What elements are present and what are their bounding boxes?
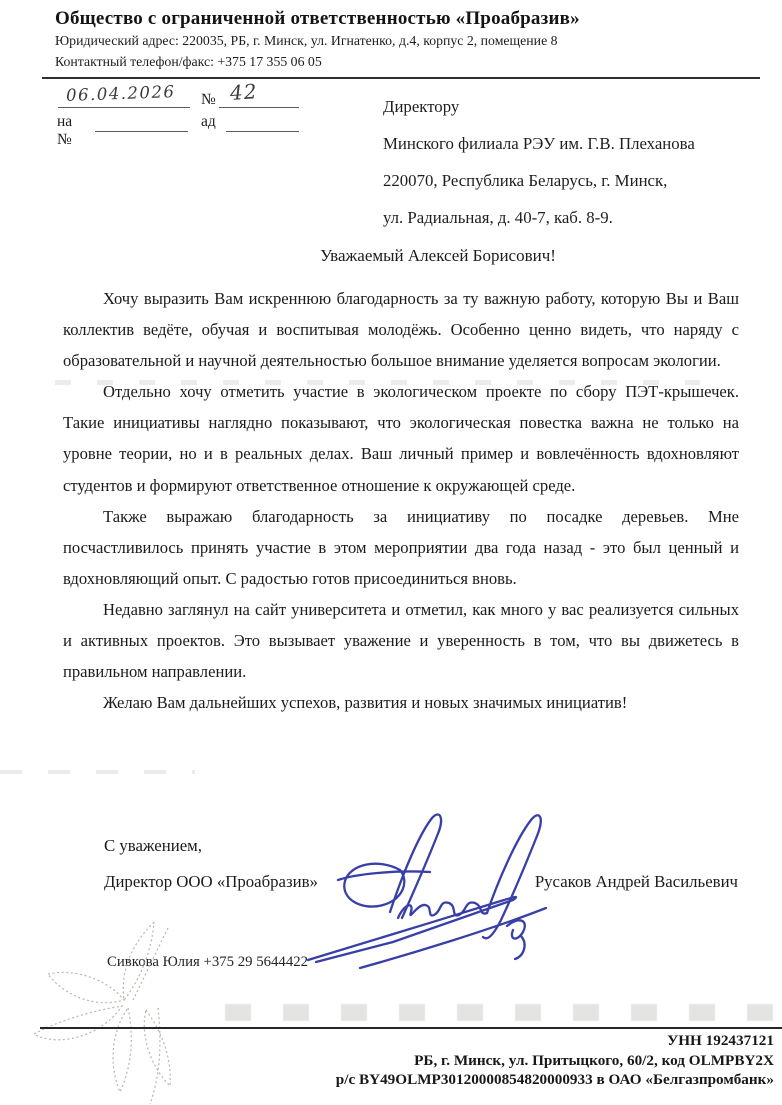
header-divider [42,77,760,79]
footer-requisites: УНН 192437121 РБ, г. Минск, ул. Притыцко… [302,1031,774,1090]
body-paragraph: Также выражаю благодарность за инициатив… [63,501,739,594]
handwritten-date: 06.04.2026 [66,82,176,105]
salutation: Уважаемый Алексей Борисович! [100,246,776,266]
blank-line [219,107,299,108]
phone-fax-line: Контактный телефон/факс: +375 17 355 06 … [55,53,755,72]
recipient-block: Директору Минского филиала РЭУ им. Г.В. … [383,88,753,236]
recipient-line: ул. Радиальная, д. 40-7, каб. 8-9. [383,199,753,236]
letterhead: Общество с ограниченной ответственностью… [55,8,755,71]
scan-artifact-smudge [225,1004,777,1021]
blank-line [95,131,188,132]
body-paragraph: Недавно заглянул на сайт университета и … [63,594,739,687]
footer-unn: УНН 192437121 [302,1031,774,1051]
footer-address: РБ, г. Минск, ул. Притыцкого, 60/2, код … [302,1051,774,1071]
scan-artifact-band [0,770,195,774]
body-paragraph: Хочу выразить Вам искреннюю благодарност… [63,283,739,376]
scanned-letter-page: Общество с ограниченной ответственностью… [0,0,782,1105]
body-paragraph: Желаю Вам дальнейших успехов, развития и… [63,687,739,718]
closing-regards: С уважением, [104,836,202,856]
leaf-watermark [28,908,224,1105]
from-label: ад [201,113,216,131]
footer-account: р/с BY49OLMP30120000854820000933 в ОАО «… [302,1070,774,1090]
handwritten-signature [298,808,590,980]
legal-address-line: Юридический адрес: 220035, РБ, г. Минск,… [55,32,755,51]
recipient-line: Директору [383,88,753,125]
recipient-line: 220070, Республика Беларусь, г. Минск, [383,162,753,199]
footer-divider [40,1027,782,1029]
company-name: Общество с ограниченной ответственностью… [55,8,755,30]
letter-body: Хочу выразить Вам искреннюю благодарност… [63,283,739,718]
blank-line [226,131,299,132]
signer-position: Директор ООО «Проабразив» [104,872,318,892]
recipient-line: Минского филиала РЭУ им. Г.В. Плеханова [383,125,753,162]
number-label: № [201,91,216,109]
blank-line [58,107,190,108]
body-paragraph: Отдельно хочу отметить участие в экологи… [63,376,739,500]
on-number-label: на № [57,113,72,149]
handwritten-number: 42 [229,79,258,105]
